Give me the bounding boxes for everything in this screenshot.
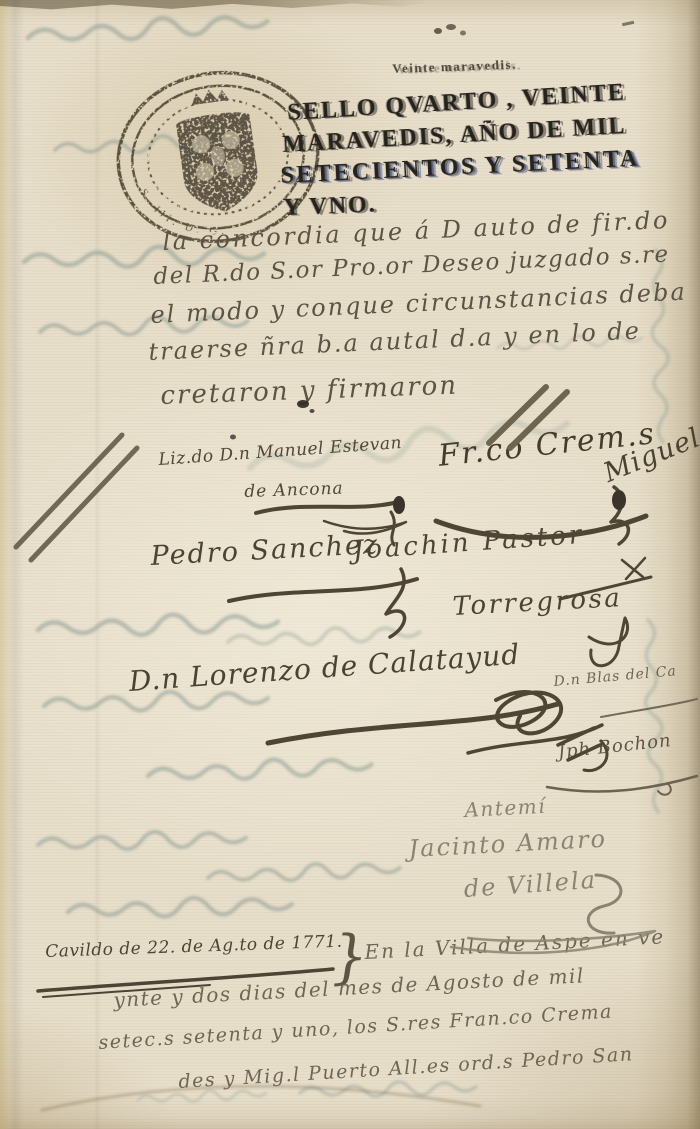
ink-smudge <box>434 28 442 34</box>
notary-ante-mi: Antemí <box>464 796 546 820</box>
footer-date-line: Cavildo de 22. de Ag.to de 1771. <box>45 934 343 961</box>
signature-jacinto-amaro-line-2: de Villela <box>463 868 598 901</box>
signature-pedro-sanchez: Pedro Sanchez <box>150 531 380 570</box>
act-line-1: En la Villa de Aspe en ve <box>364 926 666 962</box>
margin-double-slash <box>16 435 137 560</box>
stamp-text-line-4: Y VNO. <box>283 193 377 220</box>
signature-blas: D.n Blas del Ca <box>553 664 677 689</box>
seal-crown <box>190 87 229 105</box>
signature-manuel-estevan-line-2: de Ancona <box>244 481 344 501</box>
signature-joachin-pastor-line-2: Torregrosa <box>452 585 623 620</box>
manuscript-page: S. III. D. G. Veinte maravedis. SELLO QV… <box>0 0 700 1129</box>
act-line-3: setec.s setenta y uno, los S.res Fran.co… <box>98 1003 613 1053</box>
body-line-5: cretaron y firmaron <box>160 373 458 409</box>
ink-blot <box>310 409 315 413</box>
signature-joachin-pastor-line-1: Joachin Pastor <box>352 522 585 564</box>
torn-paper-edge <box>0 0 430 13</box>
signature-manuel-estevan-line-1: Liz.do D.n Manuel Estevan <box>158 435 403 469</box>
ink-blot <box>230 435 236 440</box>
ink-smudge <box>460 31 466 36</box>
ink-smudge <box>446 24 456 30</box>
act-line-4: des y Mig.l Puerto All.es ord.s Pedro Sa… <box>178 1045 634 1092</box>
stamp-note-line: Veinte maravedis. <box>392 58 517 75</box>
ink-blot <box>612 490 626 510</box>
signature-jph-bochon: Jph Bochon <box>557 732 672 762</box>
signature-lorenzo-calatayud: D.n Lorenzo de Calatayud <box>128 641 521 696</box>
ink-smudge <box>622 21 634 26</box>
ink-blot <box>393 496 405 514</box>
signature-jacinto-amaro-line-1: Jacinto Amaro <box>408 827 608 861</box>
seal-shield <box>175 109 262 216</box>
